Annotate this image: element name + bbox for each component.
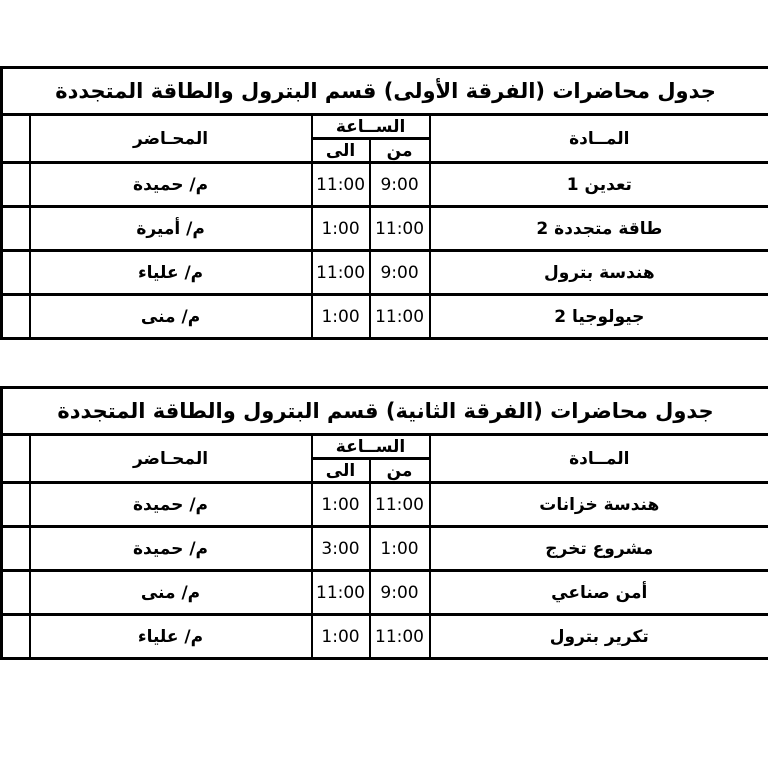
from-column-header: من [370, 139, 430, 163]
subject-column-header: المــادة [430, 435, 768, 483]
row-edge-cell [2, 163, 30, 207]
from-time-cell: 11:00 [370, 207, 430, 251]
page: { "document": { "background_color": "#ff… [0, 0, 768, 768]
to-time-cell: 1:00 [312, 207, 370, 251]
to-time-cell: 11:00 [312, 571, 370, 615]
schedule-row: أمن صناعي 9:00 11:00 م/ منى [2, 571, 768, 615]
subject-cell: تعدين 1 [430, 163, 768, 207]
from-time-cell: 1:00 [370, 527, 430, 571]
schedule-row: تعدين 1 9:00 11:00 م/ حميدة [2, 163, 768, 207]
hour-column-header: الســاعة [312, 435, 430, 459]
lecturer-cell: م/ علياء [30, 251, 312, 295]
row-edge-cell [2, 251, 30, 295]
header-row: المــادة الســاعة المحـاضر [2, 115, 768, 139]
from-time-cell: 11:00 [370, 295, 430, 339]
subject-cell: طاقة متجددة 2 [430, 207, 768, 251]
from-time-cell: 11:00 [370, 483, 430, 527]
row-edge-cell [2, 527, 30, 571]
schedule-row: هندسة خزانات 11:00 1:00 م/ حميدة [2, 483, 768, 527]
subject-cell: تكرير بترول [430, 615, 768, 659]
title-row: جدول محاضرات (الفرقة الثانية) قسم البترو… [2, 388, 768, 435]
table-title: جدول محاضرات (الفرقة الأولى) قسم البترول… [2, 68, 768, 115]
header-row: المــادة الســاعة المحـاضر [2, 435, 768, 459]
table-title: جدول محاضرات (الفرقة الثانية) قسم البترو… [2, 388, 768, 435]
schedule-row: مشروع تخرج 1:00 3:00 م/ حميدة [2, 527, 768, 571]
to-column-header: الى [312, 459, 370, 483]
lecturer-cell: م/ علياء [30, 615, 312, 659]
from-time-cell: 9:00 [370, 571, 430, 615]
lecturer-cell: م/ منى [30, 295, 312, 339]
to-time-cell: 1:00 [312, 615, 370, 659]
from-time-cell: 11:00 [370, 615, 430, 659]
subject-cell: هندسة خزانات [430, 483, 768, 527]
to-column-header: الى [312, 139, 370, 163]
subject-cell: جيولوجيا 2 [430, 295, 768, 339]
lecturer-cell: م/ حميدة [30, 483, 312, 527]
to-time-cell: 1:00 [312, 483, 370, 527]
from-time-cell: 9:00 [370, 163, 430, 207]
row-edge-cell [2, 571, 30, 615]
lecturer-cell: م/ حميدة [30, 527, 312, 571]
to-time-cell: 1:00 [312, 295, 370, 339]
title-row: جدول محاضرات (الفرقة الأولى) قسم البترول… [2, 68, 768, 115]
schedule-row: جيولوجيا 2 11:00 1:00 م/ منى [2, 295, 768, 339]
row-edge-cell [2, 483, 30, 527]
schedule-row: تكرير بترول 11:00 1:00 م/ علياء [2, 615, 768, 659]
to-time-cell: 11:00 [312, 163, 370, 207]
lecturer-cell: م/ منى [30, 571, 312, 615]
schedule-row: هندسة بترول 9:00 11:00 م/ علياء [2, 251, 768, 295]
empty-edge-cell [2, 115, 30, 163]
row-edge-cell [2, 207, 30, 251]
subject-column-header: المــادة [430, 115, 768, 163]
empty-edge-cell [2, 435, 30, 483]
lecturer-cell: م/ أميرة [30, 207, 312, 251]
second-year-schedule-table: جدول محاضرات (الفرقة الثانية) قسم البترو… [0, 386, 768, 660]
first-year-schedule-table: جدول محاضرات (الفرقة الأولى) قسم البترول… [0, 66, 768, 340]
to-time-cell: 3:00 [312, 527, 370, 571]
row-edge-cell [2, 615, 30, 659]
row-edge-cell [2, 295, 30, 339]
lecturer-cell: م/ حميدة [30, 163, 312, 207]
from-time-cell: 9:00 [370, 251, 430, 295]
subject-cell: هندسة بترول [430, 251, 768, 295]
subject-cell: مشروع تخرج [430, 527, 768, 571]
hour-column-header: الســاعة [312, 115, 430, 139]
subject-cell: أمن صناعي [430, 571, 768, 615]
lecturer-column-header: المحـاضر [30, 435, 312, 483]
schedule-row: طاقة متجددة 2 11:00 1:00 م/ أميرة [2, 207, 768, 251]
from-column-header: من [370, 459, 430, 483]
to-time-cell: 11:00 [312, 251, 370, 295]
lecturer-column-header: المحـاضر [30, 115, 312, 163]
